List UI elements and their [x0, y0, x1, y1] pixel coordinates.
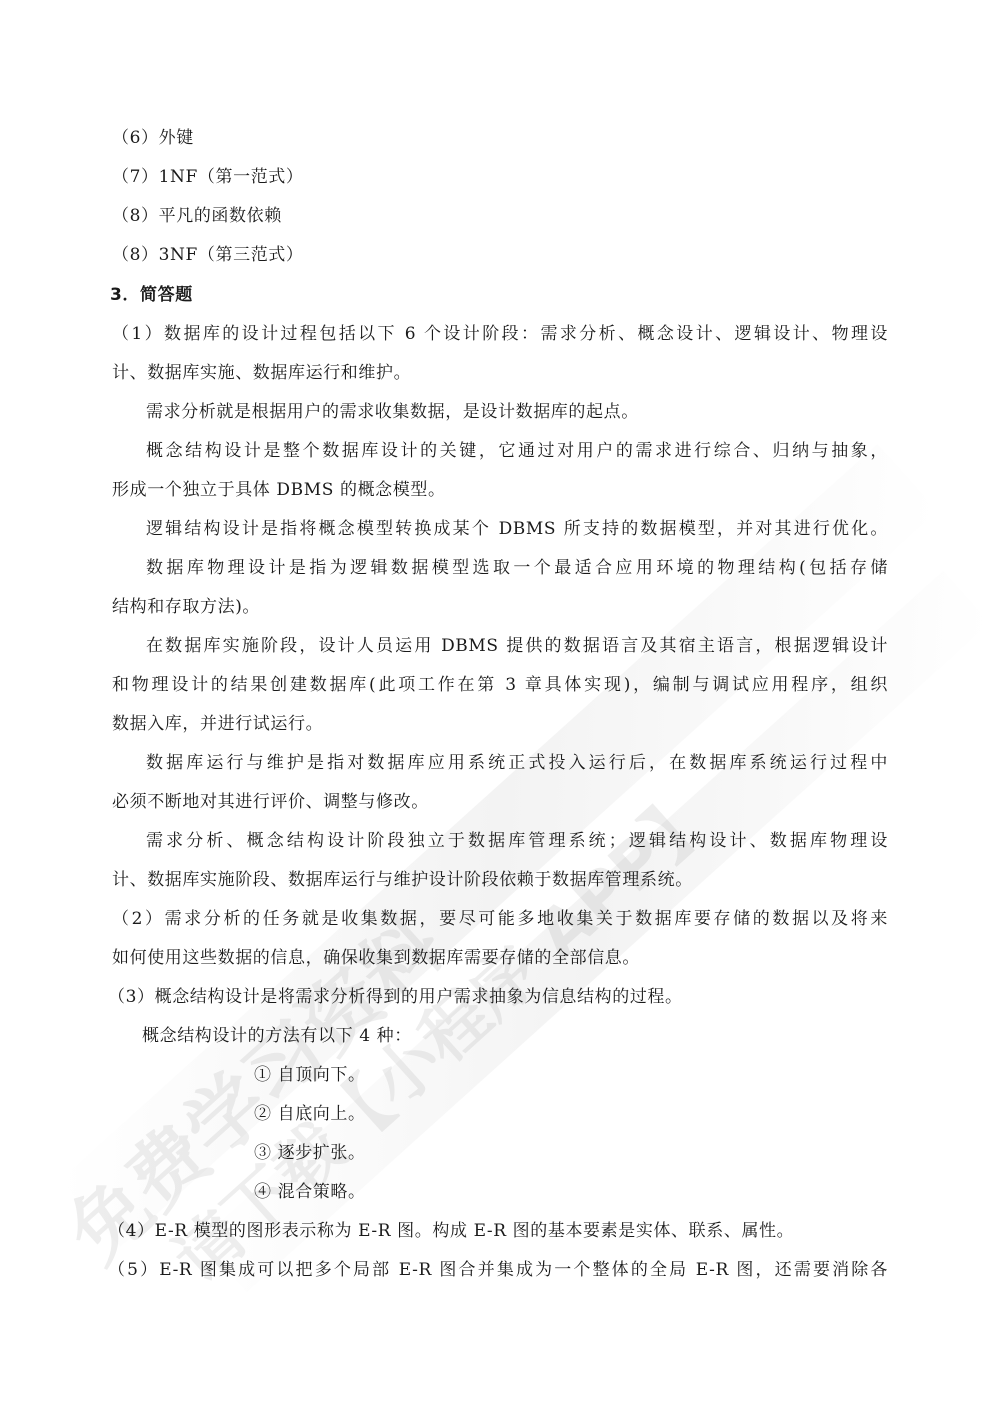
list-item: （6）外键 — [112, 127, 194, 149]
answer-1-paragraph: 概念结构设计是整个数据库设计的关键，它通过对用户的需求进行综合、归纳与抽象， — [146, 440, 888, 462]
method-list-item: ③ 逐步扩张。 — [254, 1142, 366, 1164]
document-page: 免费学习资料 请下载【小程序 APP】 （6）外键 （7）1NF（第一范式） （… — [0, 0, 993, 1404]
answer-1-paragraph: 和物理设计的结果创建数据库(此项工作在第 3 章具体实现)，编制与调试应用程序，… — [112, 674, 888, 696]
list-item-number: （8） — [112, 245, 159, 265]
answer-1-paragraph: 结构和存取方法)。 — [112, 596, 260, 618]
list-item: （7）1NF（第一范式） — [112, 166, 304, 188]
list-item-number: （7） — [112, 167, 159, 187]
answer-1-paragraph: 必须不断地对其进行评价、调整与修改。 — [112, 791, 429, 813]
answer-1-line: 计、数据库实施、数据库运行和维护。 — [112, 362, 411, 384]
method-list-item: ② 自底向上。 — [254, 1103, 366, 1125]
answer-3-intro: 概念结构设计的方法有以下 4 种： — [142, 1025, 412, 1047]
list-item-text: 3NF（第三范式） — [159, 245, 304, 265]
section-heading: 3．简答题 — [110, 284, 193, 306]
method-list-item: ① 自顶向下。 — [254, 1064, 366, 1086]
answer-5-line: （5）E-R 图集成可以把多个局部 E-R 图合并集成为一个整体的全局 E-R … — [108, 1259, 888, 1281]
answer-1-paragraph: 形成一个独立于具体 DBMS 的概念模型。 — [112, 479, 446, 501]
answer-2-line: （2）需求分析的任务就是收集数据，要尽可能多地收集关于数据库要存储的数据以及将来 — [112, 908, 888, 930]
answer-1-paragraph: 数据入库，并进行试运行。 — [112, 713, 323, 735]
method-list-item: ④ 混合策略。 — [254, 1181, 366, 1203]
list-item: （8）平凡的函数依赖 — [112, 205, 282, 227]
answer-1-paragraph: 计、数据库实施阶段、数据库运行与维护设计阶段依赖于数据库管理系统。 — [112, 869, 693, 891]
answer-1-line: （1）数据库的设计过程包括以下 6 个设计阶段：需求分析、概念设计、逻辑设计、物… — [112, 323, 888, 345]
list-item-text: 1NF（第一范式） — [159, 167, 304, 187]
list-item-number: （6） — [112, 128, 159, 148]
answer-3-line: （3）概念结构设计是将需求分析得到的用户需求抽象为信息结构的过程。 — [108, 986, 683, 1008]
answer-2-line: 如何使用这些数据的信息，确保收集到数据库需要存储的全部信息。 — [112, 947, 640, 969]
answer-4-line: （4）E-R 模型的图形表示称为 E-R 图。构成 E-R 图的基本要素是实体、… — [108, 1220, 794, 1242]
answer-1-paragraph: 在数据库实施阶段，设计人员运用 DBMS 提供的数据语言及其宿主语言，根据逻辑设… — [146, 635, 888, 657]
list-item-text: 平凡的函数依赖 — [159, 206, 282, 226]
list-item-text: 外键 — [159, 128, 194, 148]
answer-1-paragraph: 需求分析、概念结构设计阶段独立于数据库管理系统；逻辑结构设计、数据库物理设 — [146, 830, 888, 852]
answer-1-paragraph: 需求分析就是根据用户的需求收集数据，是设计数据库的起点。 — [146, 401, 639, 423]
answer-1-paragraph: 数据库物理设计是指为逻辑数据模型选取一个最适合应用环境的物理结构(包括存储 — [146, 557, 888, 579]
list-item-number: （8） — [112, 206, 159, 226]
answer-1-paragraph: 数据库运行与维护是指对数据库应用系统正式投入运行后，在数据库系统运行过程中 — [146, 752, 888, 774]
answer-1-paragraph: 逻辑结构设计是指将概念模型转换成某个 DBMS 所支持的数据模型，并对其进行优化… — [146, 518, 888, 540]
list-item: （8）3NF（第三范式） — [112, 244, 304, 266]
